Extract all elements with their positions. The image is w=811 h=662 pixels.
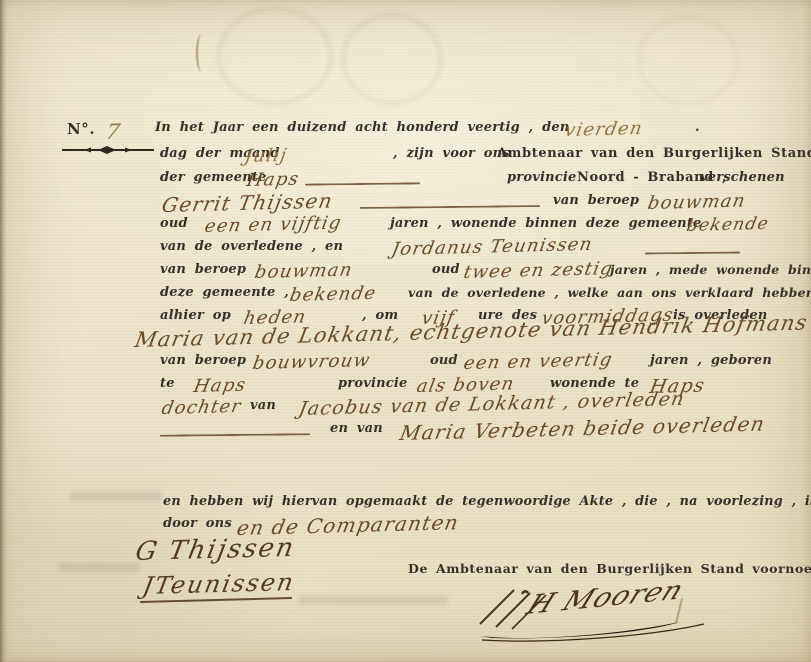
printed-text: jaren , geboren	[650, 353, 772, 368]
line-number-and-year: N°.7In het Jaar een duizend acht honderd…	[0, 120, 811, 146]
line-month: dag der maandJulij, zijn voor onsAmbtena…	[0, 146, 811, 172]
printed-text: oud	[432, 262, 460, 277]
printed-text: deze gemeente ,	[160, 285, 289, 300]
printed-text: verschenen	[700, 170, 785, 185]
printed-text: jaren , wonende binnen deze gemeente ,	[390, 216, 715, 231]
watermark-ring	[218, 8, 332, 104]
handwritten-deceased-occupation: bouwvrouw	[251, 350, 372, 374]
watermark-ring	[342, 14, 442, 104]
handwritten-declarant-2-name: Jordanus Teunissen	[390, 234, 595, 260]
printed-text: alhier op	[160, 308, 231, 323]
pen-rule-line	[305, 182, 420, 185]
printed-text: jaren , mede wonende binnen	[610, 262, 811, 277]
handwritten-child-relation: dochter	[160, 396, 243, 419]
printed-text: van de overledene , en	[160, 239, 343, 254]
printed-text: , zijn voor ons	[393, 146, 510, 161]
handwritten-birthplace: Haps	[192, 375, 248, 397]
line-signature-registrar: H Mooren	[0, 590, 811, 616]
printed-text: van beroep	[553, 193, 639, 208]
printed-text: van beroep	[160, 262, 246, 277]
printed-text: door ons	[163, 516, 232, 531]
printed-text: te	[160, 376, 175, 391]
handwritten-month: Julij	[243, 145, 289, 167]
handwritten-declarant-2-age: twee en zestig	[462, 258, 615, 283]
printed-text: In het Jaar een duizend acht honderd vee…	[155, 120, 570, 135]
printed-text: Ambtenaar van den Burgerlijken Stand ,	[497, 146, 811, 161]
printed-text: provincie	[507, 170, 576, 185]
handwritten-relation-2: bekende	[288, 283, 378, 306]
handwritten-day: vierden	[563, 118, 645, 141]
printed-text: oud	[430, 353, 458, 368]
pen-rule-line	[160, 433, 310, 437]
watermark-ring	[638, 16, 738, 104]
pen-rule-line	[645, 252, 740, 255]
printed-text: van beroep	[160, 353, 246, 368]
handwritten-deceased-age: een en veertig	[462, 349, 615, 374]
certificate-number-label: N°.	[67, 120, 95, 138]
printed-text: en hebben wij hiervan opgemaakt de tegen…	[163, 494, 811, 509]
printed-text: van	[250, 398, 276, 413]
handwritten-relation-1: bekende	[685, 214, 771, 236]
handwritten-declarant-2-occupation: bouwman	[253, 259, 355, 283]
pen-rule-line	[360, 205, 540, 209]
printed-text: van de overledene , welke aan ons verkla…	[408, 285, 811, 300]
handwritten-declarant-1-age: een en vijftig	[203, 212, 344, 237]
certificate-number-value: 7	[104, 120, 123, 144]
printed-text: en van	[330, 421, 383, 436]
line-signature-witness-1: G Thijssen	[0, 537, 811, 563]
line-mother: en vanMaria Verbeten beide overleden	[0, 421, 811, 447]
handwritten-declarant-1-occupation: bouwman	[646, 190, 748, 214]
printed-text: .	[695, 120, 700, 135]
printed-text: oud	[160, 216, 188, 231]
line-deceased-name: Maria van de Lokkant, echtgenote van Hen…	[0, 328, 811, 354]
ink-stain	[196, 34, 207, 72]
death-certificate-scan: N°.7In het Jaar een duizend acht honderd…	[0, 0, 811, 662]
printed-text: provincie	[338, 376, 407, 391]
handwritten-municipality: Haps	[245, 169, 301, 191]
